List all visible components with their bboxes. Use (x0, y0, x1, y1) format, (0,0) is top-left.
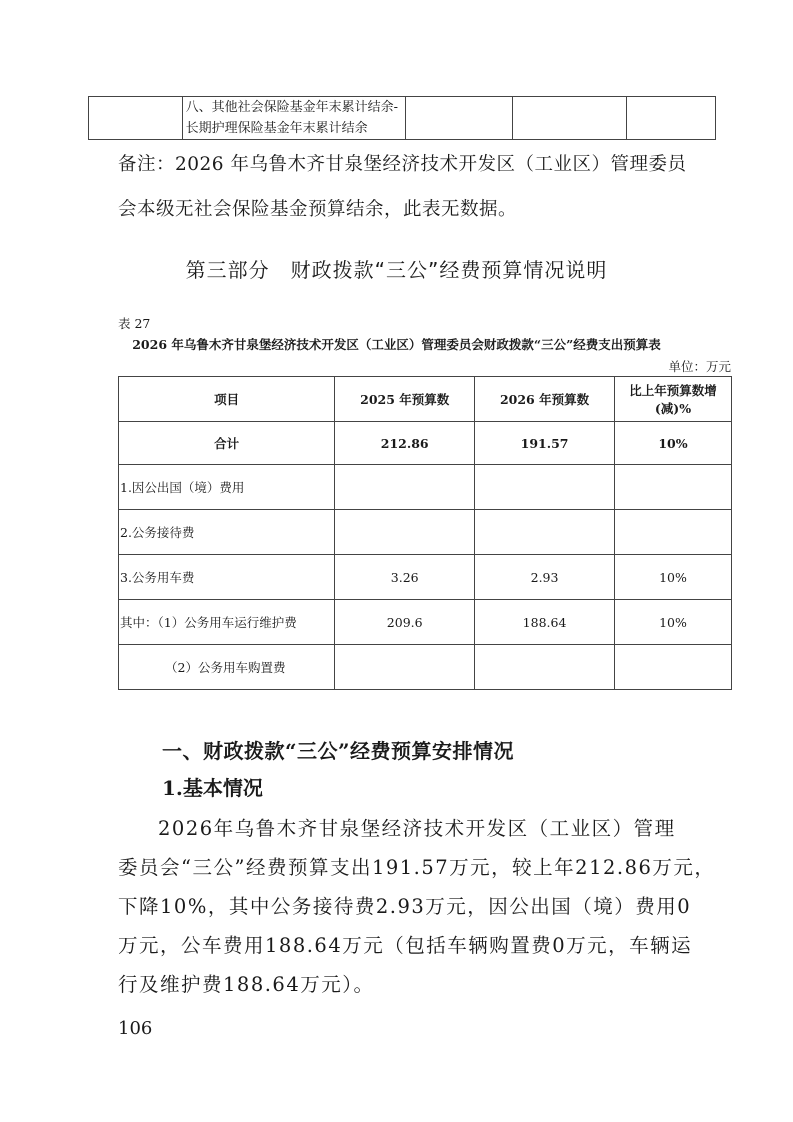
header-change: 比上年预算数增 (减)% (614, 377, 731, 422)
row-2026 (475, 645, 615, 690)
three-public-expenses-table: 项目 2025 年预算数 2026 年预算数 比上年预算数增 (减)% 合计 2… (118, 376, 732, 690)
table-row: （2）公务用车购置费 (119, 645, 732, 690)
table-title: 2026 年乌鲁木齐甘泉堡经济技术开发区（工业区）管理委员会财政拨款“三公”经费… (0, 335, 793, 353)
table-row: 2.公务接待费 (119, 510, 732, 555)
table-cell (89, 97, 183, 140)
table-number: 表 27 (118, 314, 150, 332)
row-change (614, 465, 731, 510)
page-number: 106 (118, 1018, 152, 1039)
note-line: 备注：2026 年乌鲁木齐甘泉堡经济技术开发区（工业区）管理委员 (118, 150, 686, 176)
row-change (614, 645, 731, 690)
row-change: 10% (614, 555, 731, 600)
unit-label: 单位：万元 (668, 357, 731, 375)
paragraph-line: 2026年乌鲁木齐甘泉堡经济技术开发区（工业区）管理 (158, 813, 676, 841)
paragraph-line: 行及维护费188.64万元）。 (118, 969, 374, 997)
header-2025: 2025 年预算数 (335, 377, 475, 422)
row-2026: 2.93 (475, 555, 615, 600)
row-2026: 188.64 (475, 600, 615, 645)
paragraph-line: 万元，公车费用188.64万元（包括车辆购置费0万元，车辆运 (118, 930, 692, 958)
paragraph-line: 委员会“三公”经费预算支出191.57万元，较上年212.86万元， (118, 852, 715, 880)
table-header-row: 项目 2025 年预算数 2026 年预算数 比上年预算数增 (减)% (119, 377, 732, 422)
table-row: 1.因公出国（境）费用 (119, 465, 732, 510)
row-2026 (475, 465, 615, 510)
row-label: 1.因公出国（境）费用 (119, 465, 335, 510)
header-change-line: (减)% (615, 399, 731, 417)
heading-level2: 1.基本情况 (162, 772, 263, 801)
total-label: 合计 (119, 422, 335, 465)
table-cell (405, 97, 512, 140)
item-line: 八、其他社会保险基金年末累计结余- (186, 97, 405, 118)
row-2025 (335, 645, 475, 690)
table-row: 其中：（1）公务用车运行维护费 209.6 188.64 10% (119, 600, 732, 645)
row-label: （2）公务用车购置费 (119, 645, 335, 690)
row-label: 2.公务接待费 (119, 510, 335, 555)
row-label: 3.公务用车费 (119, 555, 335, 600)
row-2026 (475, 510, 615, 555)
row-change: 10% (614, 600, 731, 645)
table-row: 八、其他社会保险基金年末累计结余- 长期护理保险基金年末累计结余 (89, 97, 716, 140)
item-cell: 八、其他社会保险基金年末累计结余- 长期护理保险基金年末累计结余 (182, 97, 405, 140)
row-change (614, 510, 731, 555)
row-2025 (335, 510, 475, 555)
row-label: 其中：（1）公务用车运行维护费 (119, 600, 335, 645)
row-2025 (335, 465, 475, 510)
section-title: 第三部分 财政拨款“三公”经费预算情况说明 (0, 254, 793, 283)
total-2026: 191.57 (475, 422, 615, 465)
header-change-line: 比上年预算数增 (615, 381, 731, 399)
row-2025: 209.6 (335, 600, 475, 645)
note-line: 会本级无社会保险基金预算结余，此表无数据。 (118, 195, 517, 221)
social-insurance-fund-table: 八、其他社会保险基金年末累计结余- 长期护理保险基金年末累计结余 (88, 96, 716, 140)
heading-level1: 一、财政拨款“三公”经费预算安排情况 (162, 735, 514, 764)
item-line: 长期护理保险基金年末累计结余 (186, 118, 405, 139)
total-row: 合计 212.86 191.57 10% (119, 422, 732, 465)
table-cell (627, 97, 716, 140)
table-row: 3.公务用车费 3.26 2.93 10% (119, 555, 732, 600)
paragraph-line: 下降10%，其中公务接待费2.93万元，因公出国（境）费用0 (118, 891, 691, 919)
table-cell (513, 97, 627, 140)
header-2026: 2026 年预算数 (475, 377, 615, 422)
total-change: 10% (614, 422, 731, 465)
header-item: 项目 (119, 377, 335, 422)
total-2025: 212.86 (335, 422, 475, 465)
row-2025: 3.26 (335, 555, 475, 600)
